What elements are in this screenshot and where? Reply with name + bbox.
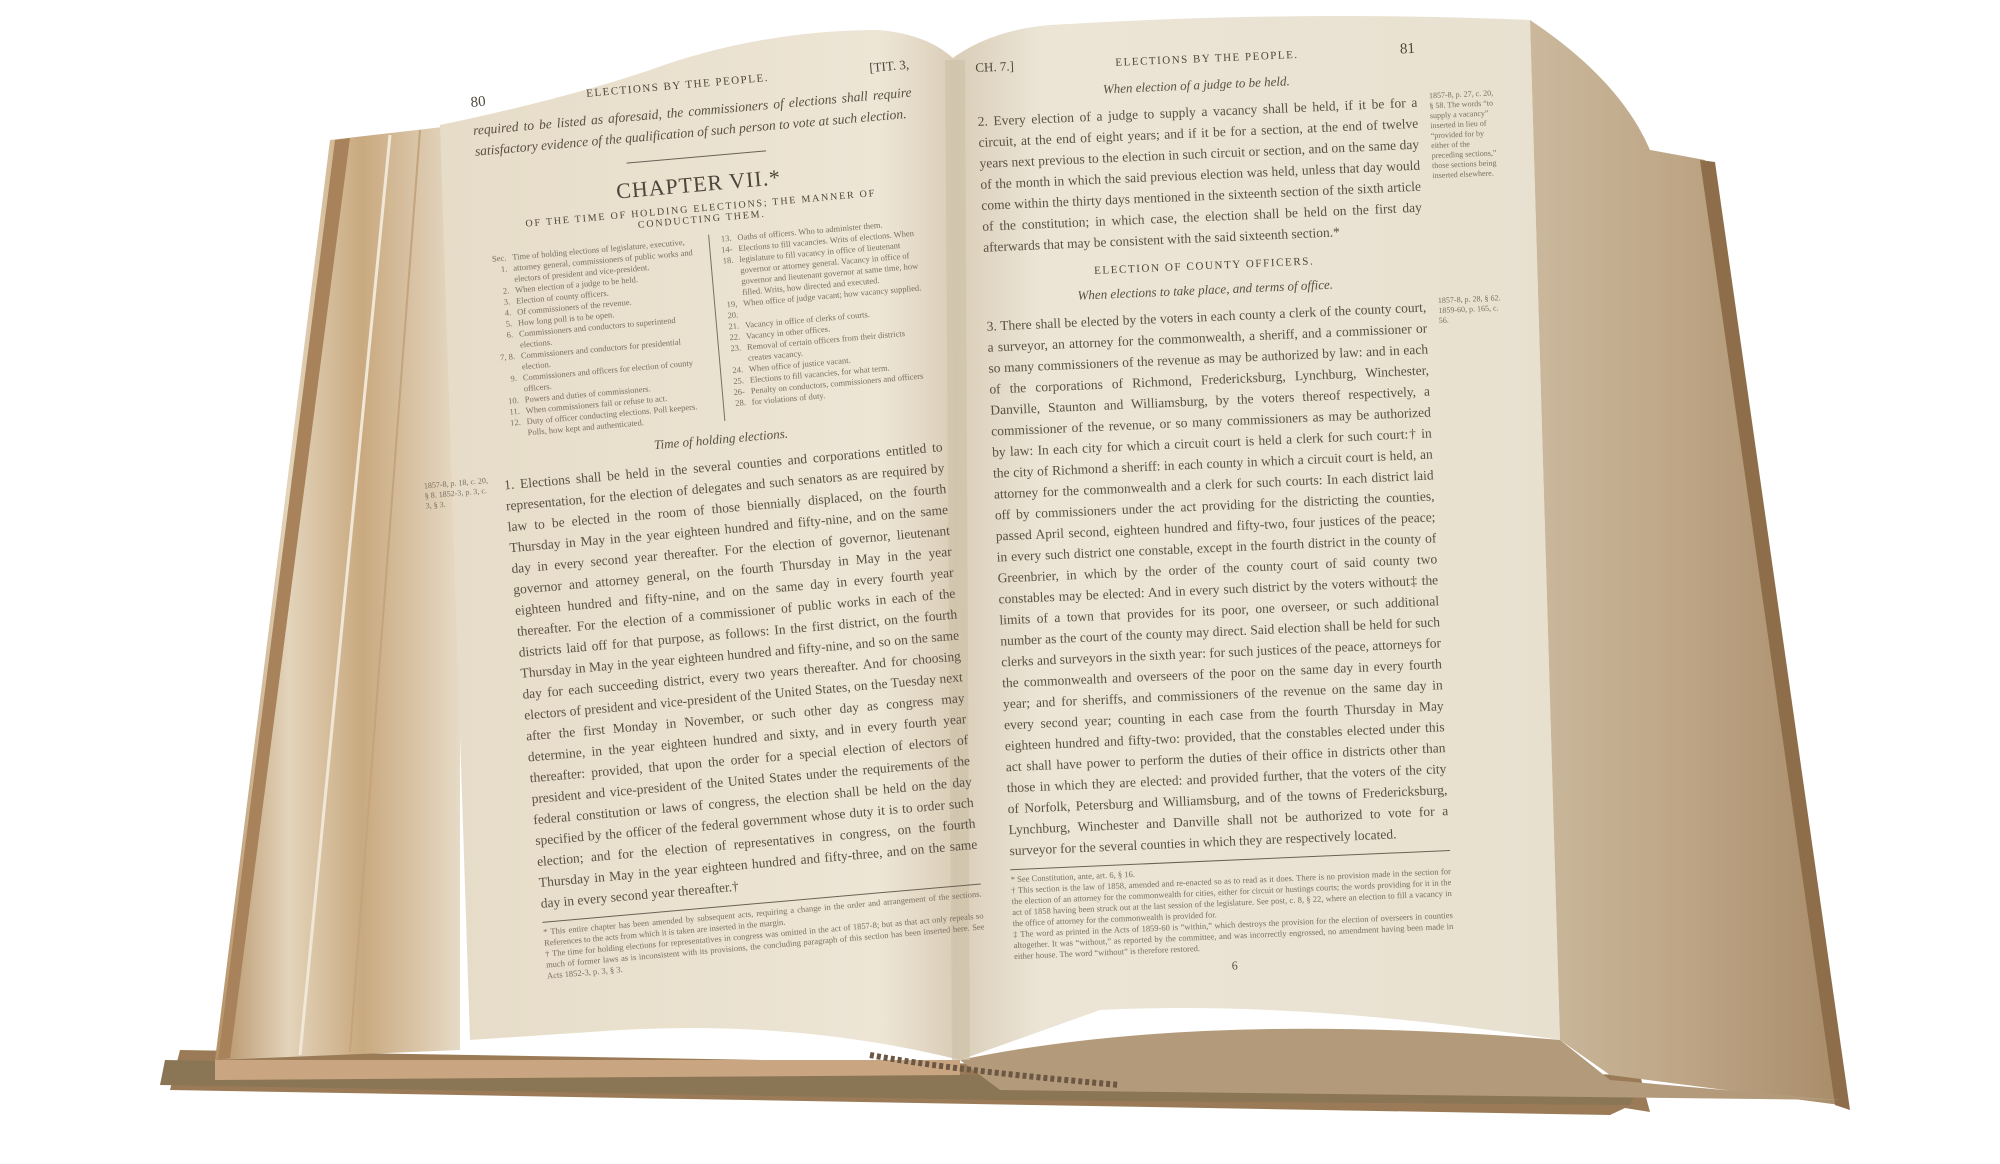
contents-column-left: Sec. 1.Time of holding elections of legi… xyxy=(484,236,714,441)
left-section-marker: [TIT. 3, xyxy=(869,57,910,76)
left-margin-note: 1857-8, p. 18, c. 20, § 8. 1852-3, p. 3,… xyxy=(424,475,496,511)
section-3-paragraph: 3. There shall be elected by the voters … xyxy=(986,297,1449,862)
divider-rule xyxy=(626,150,766,163)
section-2-paragraph: 2. Every election of a judge to supply a… xyxy=(977,92,1423,258)
chapter-contents: Sec. 1.Time of holding elections of legi… xyxy=(484,216,939,441)
left-page-edges xyxy=(215,125,460,1060)
right-page-text: CH. 7.] ELECTIONS BY THE PEOPLE. 81 When… xyxy=(975,41,1455,983)
right-section-marker: CH. 7.] xyxy=(975,58,1014,76)
right-footnotes: * See Constitution, ante, art. 6, § 16. … xyxy=(1010,850,1454,962)
right-page-number: 81 xyxy=(1400,41,1416,59)
open-book-photo: 80 ELECTIONS BY THE PEOPLE. [TIT. 3, req… xyxy=(0,0,2000,1164)
section-1-paragraph: 1. Elections shall be held in the severa… xyxy=(503,436,980,914)
contents-column-right: 13.Oaths of officers. Who to administer … xyxy=(708,216,938,421)
right-margin-note-2: 1857-8, p. 28, § 62. 1859-60, p. 165, c.… xyxy=(1438,293,1509,326)
right-page-edges xyxy=(1530,20,1840,1105)
left-page-text: 80 ELECTIONS BY THE PEOPLE. [TIT. 3, req… xyxy=(470,57,986,982)
right-margin-note-1: 1857-8, p. 27, c. 20, § 58. The words “t… xyxy=(1429,88,1503,181)
left-page-number: 80 xyxy=(470,94,486,112)
